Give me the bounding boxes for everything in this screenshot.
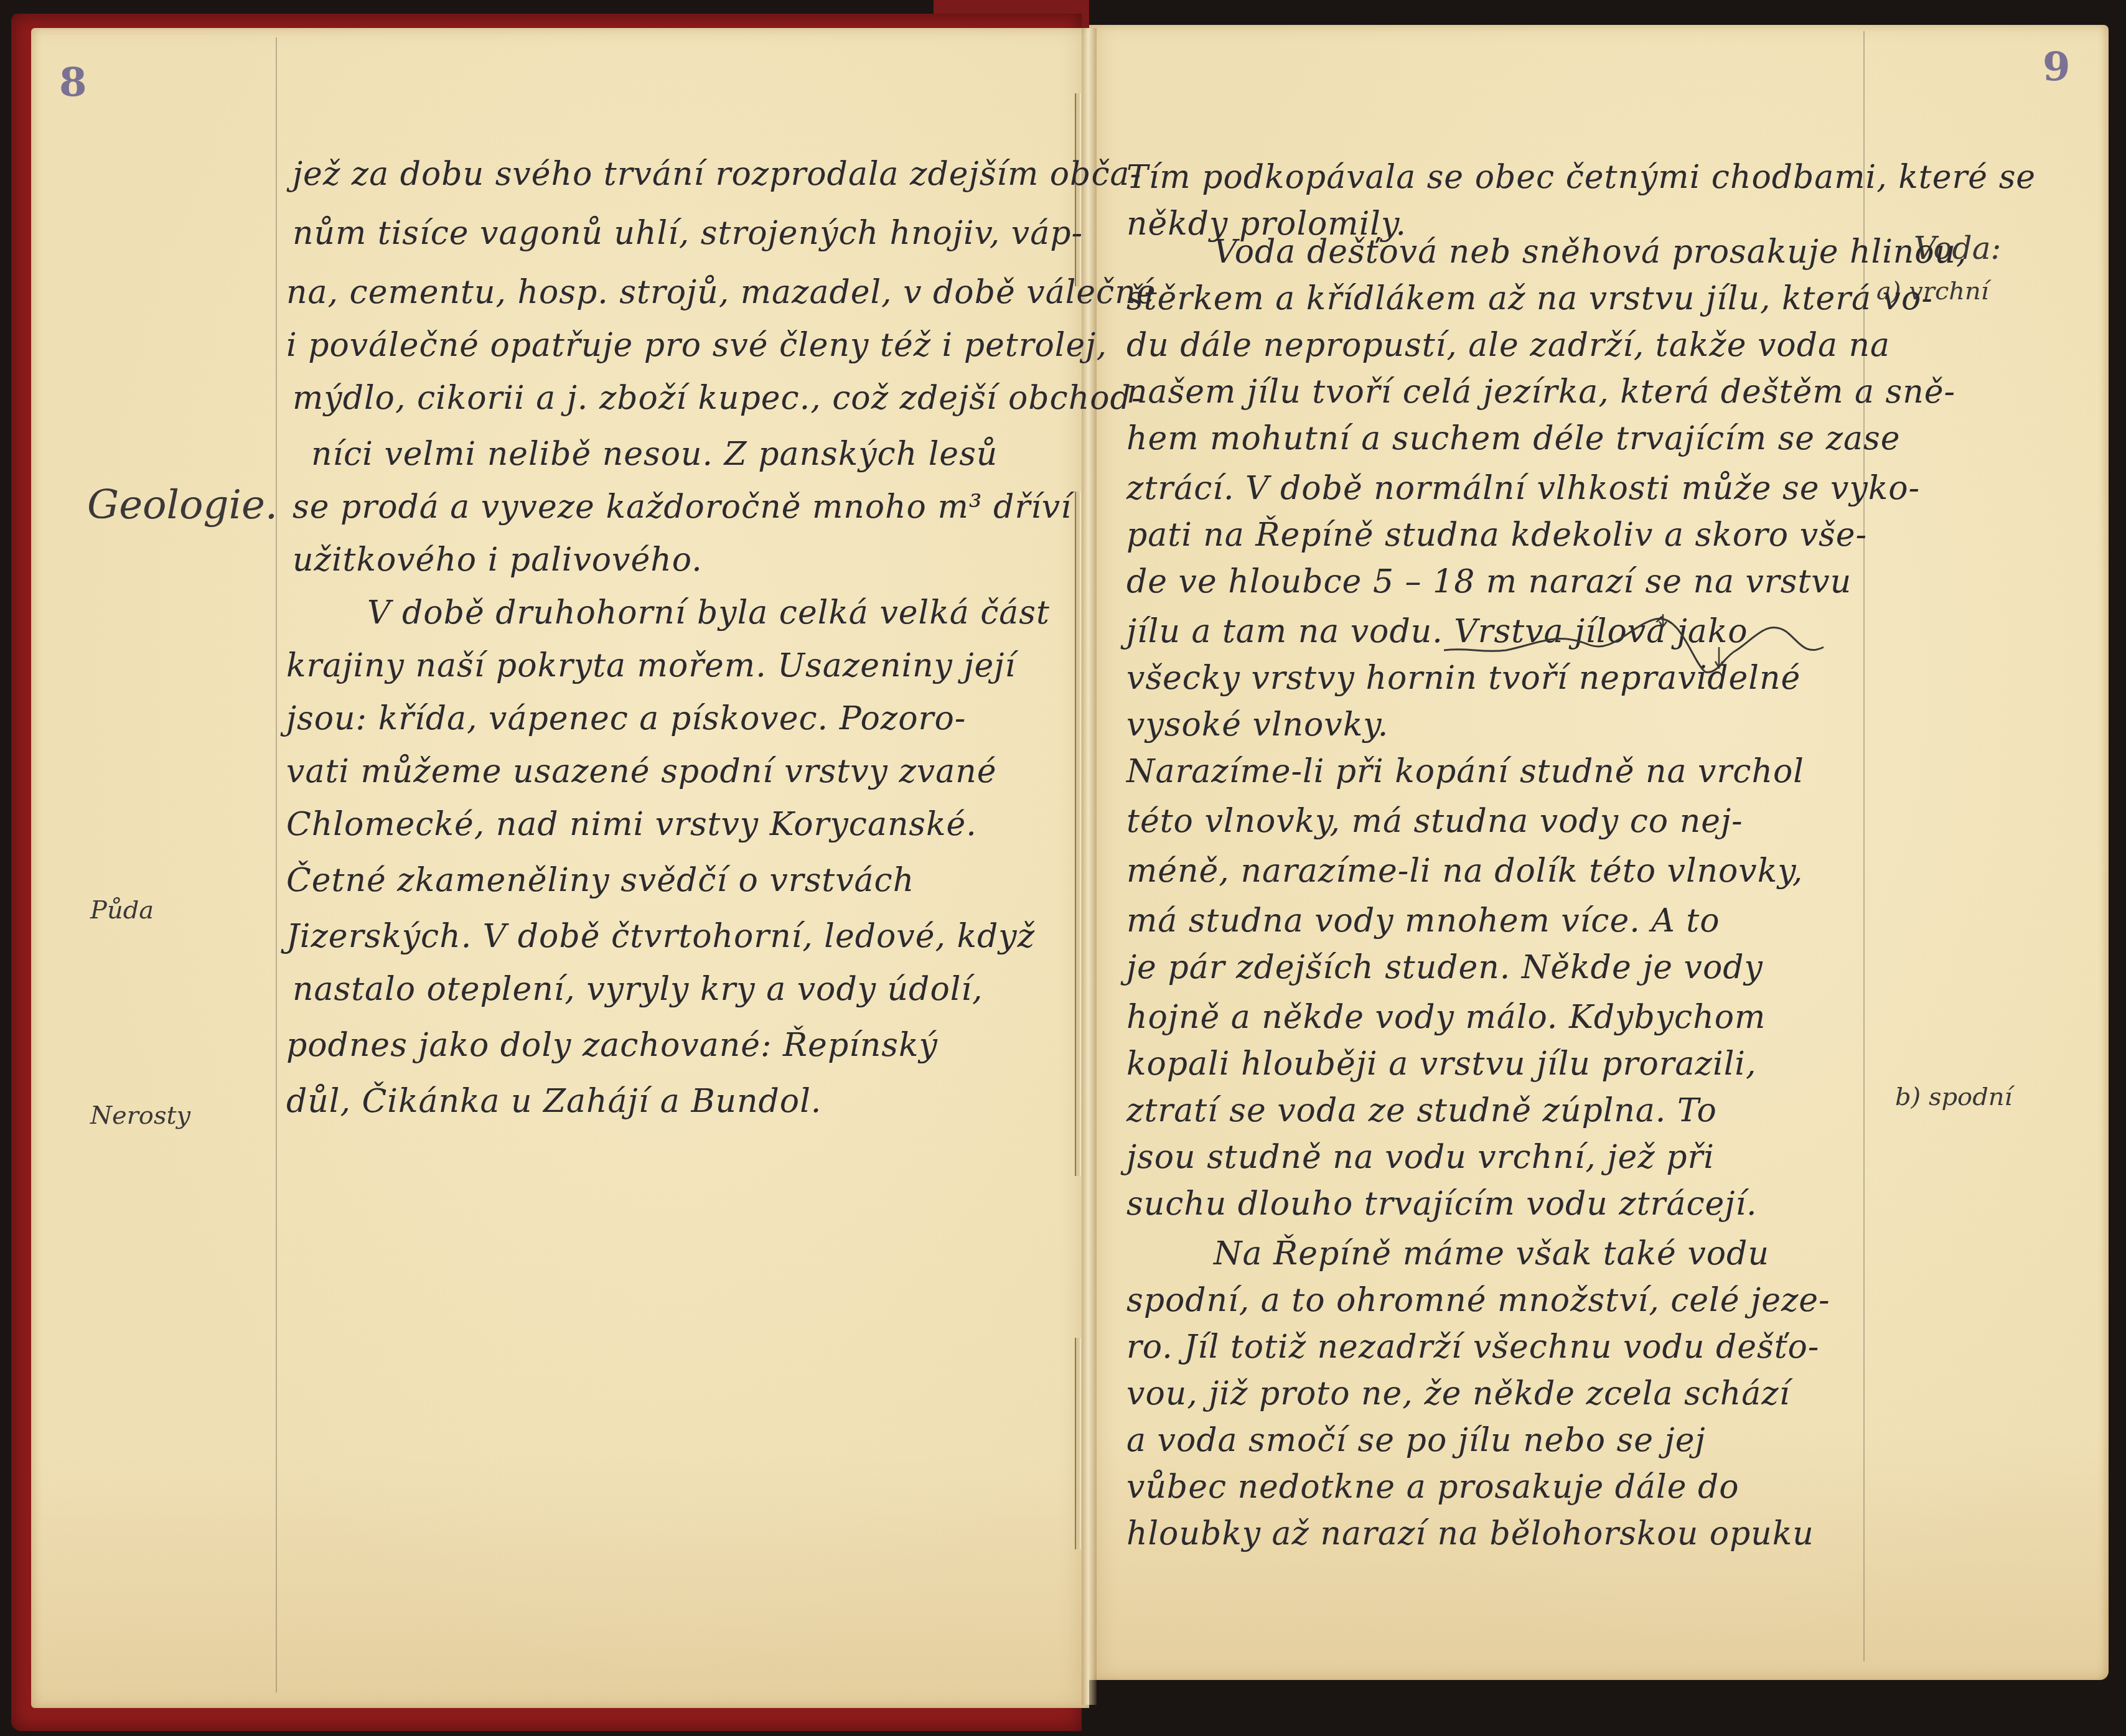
text-line: a voda smočí se po jílu nebo se jej — [1126, 1422, 1706, 1459]
text-line: Voda dešťová neb sněhová prosakuje hlino… — [1214, 233, 1967, 271]
text-line: du dále nepropustí, ale zadrží, takže vo… — [1126, 327, 1890, 364]
text-line: Narazíme-li při kopání studně na vrchol — [1126, 753, 1804, 790]
text-line: ztrácí. V době normální vlhkosti může se… — [1126, 470, 1920, 507]
text-line: suchu dlouho trvajícím vodu ztrácejí. — [1126, 1185, 1758, 1223]
text-line: Tím podkopávala se obec četnými chodbami… — [1126, 159, 2036, 196]
text-line: štěrkem a křídlákem až na vrstvu jílu, k… — [1126, 280, 1933, 317]
text-line: de ve hloubce 5 – 18 m narazí se na vrst… — [1126, 563, 1852, 600]
margin-heading-spodni: b) spodní — [1895, 1083, 2012, 1111]
text-line: níci velmi nelibě nesou. Z panských lesů — [311, 436, 998, 473]
text-line: spodní, a to ohromné množství, celé jeze… — [1126, 1282, 1830, 1319]
text-line: důl, Čikánka u Zahájí a Bundol. — [286, 1083, 822, 1120]
binding-thread — [1075, 492, 1080, 1176]
text-line: vysoké vlnovky. — [1126, 706, 1388, 744]
page-number-right: 9 — [2043, 44, 2071, 90]
text-line: Jizerských. V době čtvrtohorní, ledové, … — [286, 918, 1035, 955]
text-line: pati na Řepíně studna kdekoliv a skoro v… — [1126, 516, 1867, 554]
text-line: jež za dobu svého trvání rozprodala zdej… — [293, 156, 1141, 193]
text-line: Na Řepíně máme však také vodu — [1214, 1235, 1769, 1272]
text-line: je pár zdejších studen. Někde je vody — [1126, 949, 1763, 986]
text-line: nastalo oteplení, vyryly kry a vody údol… — [293, 971, 983, 1008]
right-margin-rule — [1863, 31, 1865, 1661]
text-line: na, cementu, hosp. strojů, mazadel, v do… — [286, 274, 1156, 311]
clay-layer-wave-sketch — [1444, 613, 1830, 681]
text-line: vůbec nedotkne a prosakuje dále do — [1126, 1468, 1740, 1506]
text-line: méně, narazíme-li na dolík této vlnovky, — [1126, 852, 1803, 890]
binding-thread — [1075, 1338, 1080, 1549]
left-margin-rule — [276, 37, 277, 1692]
text-line: této vlnovky, má studna vody co nej- — [1126, 803, 1743, 840]
text-line: mýdlo, cikorii a j. zboží kupec., což zd… — [293, 380, 1143, 417]
text-line: podnes jako doly zachované: Řepínský — [286, 1027, 938, 1064]
text-line: ztratí se voda ze studně zúplna. To — [1126, 1092, 1717, 1129]
text-line: i poválečné opatřuje pro své členy též i… — [286, 327, 1107, 364]
text-line: kopali hlouběji a vrstvu jílu prorazili, — [1126, 1045, 1756, 1083]
text-line: nům tisíce vagonů uhlí, strojených hnoji… — [293, 215, 1083, 252]
text-line: hem mohutní a suchem déle trvajícím se z… — [1126, 420, 1901, 457]
text-line: hojně a někde vody málo. Kdybychom — [1126, 999, 1766, 1036]
margin-heading-geologie: Geologie. — [87, 482, 278, 528]
text-line: vou, již proto ne, že někde zcela schází — [1126, 1375, 1790, 1412]
text-line: hloubky až narazí na bělohorskou opuku — [1126, 1515, 1814, 1552]
text-line: našem jílu tvoří celá jezírka, která deš… — [1126, 373, 1955, 411]
text-line: užitkového i palivového. — [293, 541, 703, 579]
text-line: jsou studně na vodu vrchní, jež při — [1126, 1139, 1715, 1176]
page-number-left: 8 — [59, 59, 87, 106]
text-line: krajiny naší pokryta mořem. Usazeniny je… — [286, 647, 1016, 684]
text-line: vati můžeme usazené spodní vrstvy zvané — [286, 753, 997, 790]
margin-heading-nerosty: Nerosty — [90, 1101, 190, 1130]
text-line: ro. Jíl totiž nezadrží všechnu vodu dešť… — [1126, 1328, 1819, 1366]
text-line: V době druhohorní byla celká velká část — [367, 594, 1050, 632]
text-line: Chlomecké, nad nimi vrstvy Korycanské. — [286, 806, 977, 843]
text-line: se prodá a vyveze každoročně mnoho m³ dř… — [293, 488, 1072, 526]
margin-heading-puda: Půda — [90, 896, 154, 925]
text-line: Četné zkameněliny svědčí o vrstvách — [286, 862, 914, 899]
text-line: jsou: křída, vápenec a pískovec. Pozoro- — [286, 700, 966, 737]
text-line: má studna vody mnohem více. A to — [1126, 902, 1720, 940]
